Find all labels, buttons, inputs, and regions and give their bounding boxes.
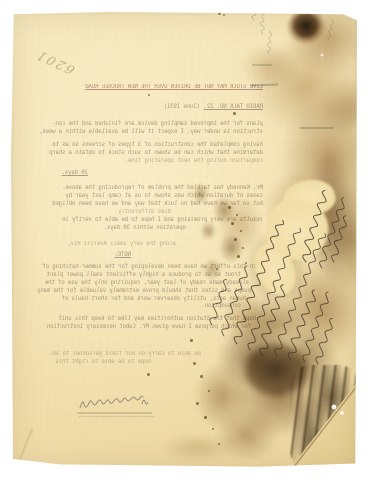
- ghost-text-line: cases of duration which was shown to us …: [66, 193, 263, 199]
- ghost-text-line: Mr. Kennedy has tackled the problem of r…: [62, 185, 263, 191]
- ghost-text-line: with this effort we have been developing…: [43, 264, 263, 270]
- ghost-text-line: 30 days.: [62, 170, 88, 176]
- ghost-text-line: having completed the construction of 3 t…: [52, 142, 263, 148]
- ghost-heading: LIVE STOCK MAY NOT BE DRIVEN OVER THE NE…: [85, 84, 263, 90]
- ghost-text-line: hope to be able to right this: [56, 359, 151, 365]
- white-glint: [332, 405, 337, 410]
- white-glint: [321, 54, 324, 57]
- ghost-text-line: consumption.: [202, 303, 241, 309]
- ghost-text-line: dies differently.: [115, 209, 171, 215]
- ghost-text-line: trout so as to produce a highly efficien…: [47, 272, 241, 278]
- ghost-text-line: already made ready of last year, requiri…: [45, 280, 249, 286]
- water-stain-right-core: [300, 130, 360, 295]
- torn-patch-main: [263, 195, 333, 265]
- ghost-text-line: hope that the Station authorities may li…: [59, 316, 256, 322]
- ghost-text-line: struction is under way. I expect it will…: [39, 129, 263, 135]
- ghost-text-line: operation within 30 days.: [104, 225, 186, 231]
- ghost-text-line: for which purpose I have given Mr. Cabot…: [47, 324, 251, 330]
- letter-paper: LIVE STOCK MAY NOT BE DRIVEN OVER THE NE…: [11, 12, 357, 468]
- ghost-subheading: RADIO TALK NO. 22.: [204, 104, 263, 110]
- ghost-text-line: determine that which can be shown to suc…: [49, 150, 263, 156]
- ghost-text-line: along the very small Averill Riv,: [67, 241, 176, 247]
- ink-blot-top-right: [286, 6, 330, 52]
- ghost-text-line: plans for the improved sampling device a…: [52, 121, 263, 127]
- ghost-text-line: but so far we have had no luck that way …: [52, 201, 263, 207]
- ghost-typescript: LIVE STOCK MAY NOT BE DRIVEN OVER THE NE…: [26, 12, 263, 468]
- ghost-text-line: be able to carry on our field personnel …: [50, 351, 201, 357]
- teal-dash: [300, 127, 334, 129]
- ghost-text-line: human acts, utility observer work and fo…: [62, 296, 246, 302]
- ghost-text-line: pumps and sites that should prove extrem…: [37, 288, 251, 294]
- ghost-date: (June 1931): [164, 104, 200, 110]
- scan-backdrop: LIVE STOCK MAY NOT BE DRIVEN OVER THE NE…: [0, 0, 368, 480]
- under-page-corner: [283, 380, 357, 468]
- ghost-text-line: comparison during the next operating tim…: [125, 158, 263, 164]
- ghost-text-line: NOTE:: [115, 252, 131, 258]
- torn-patch-upper: [279, 174, 339, 222]
- ghost-text-line: results are very promising and I hope to…: [62, 217, 263, 223]
